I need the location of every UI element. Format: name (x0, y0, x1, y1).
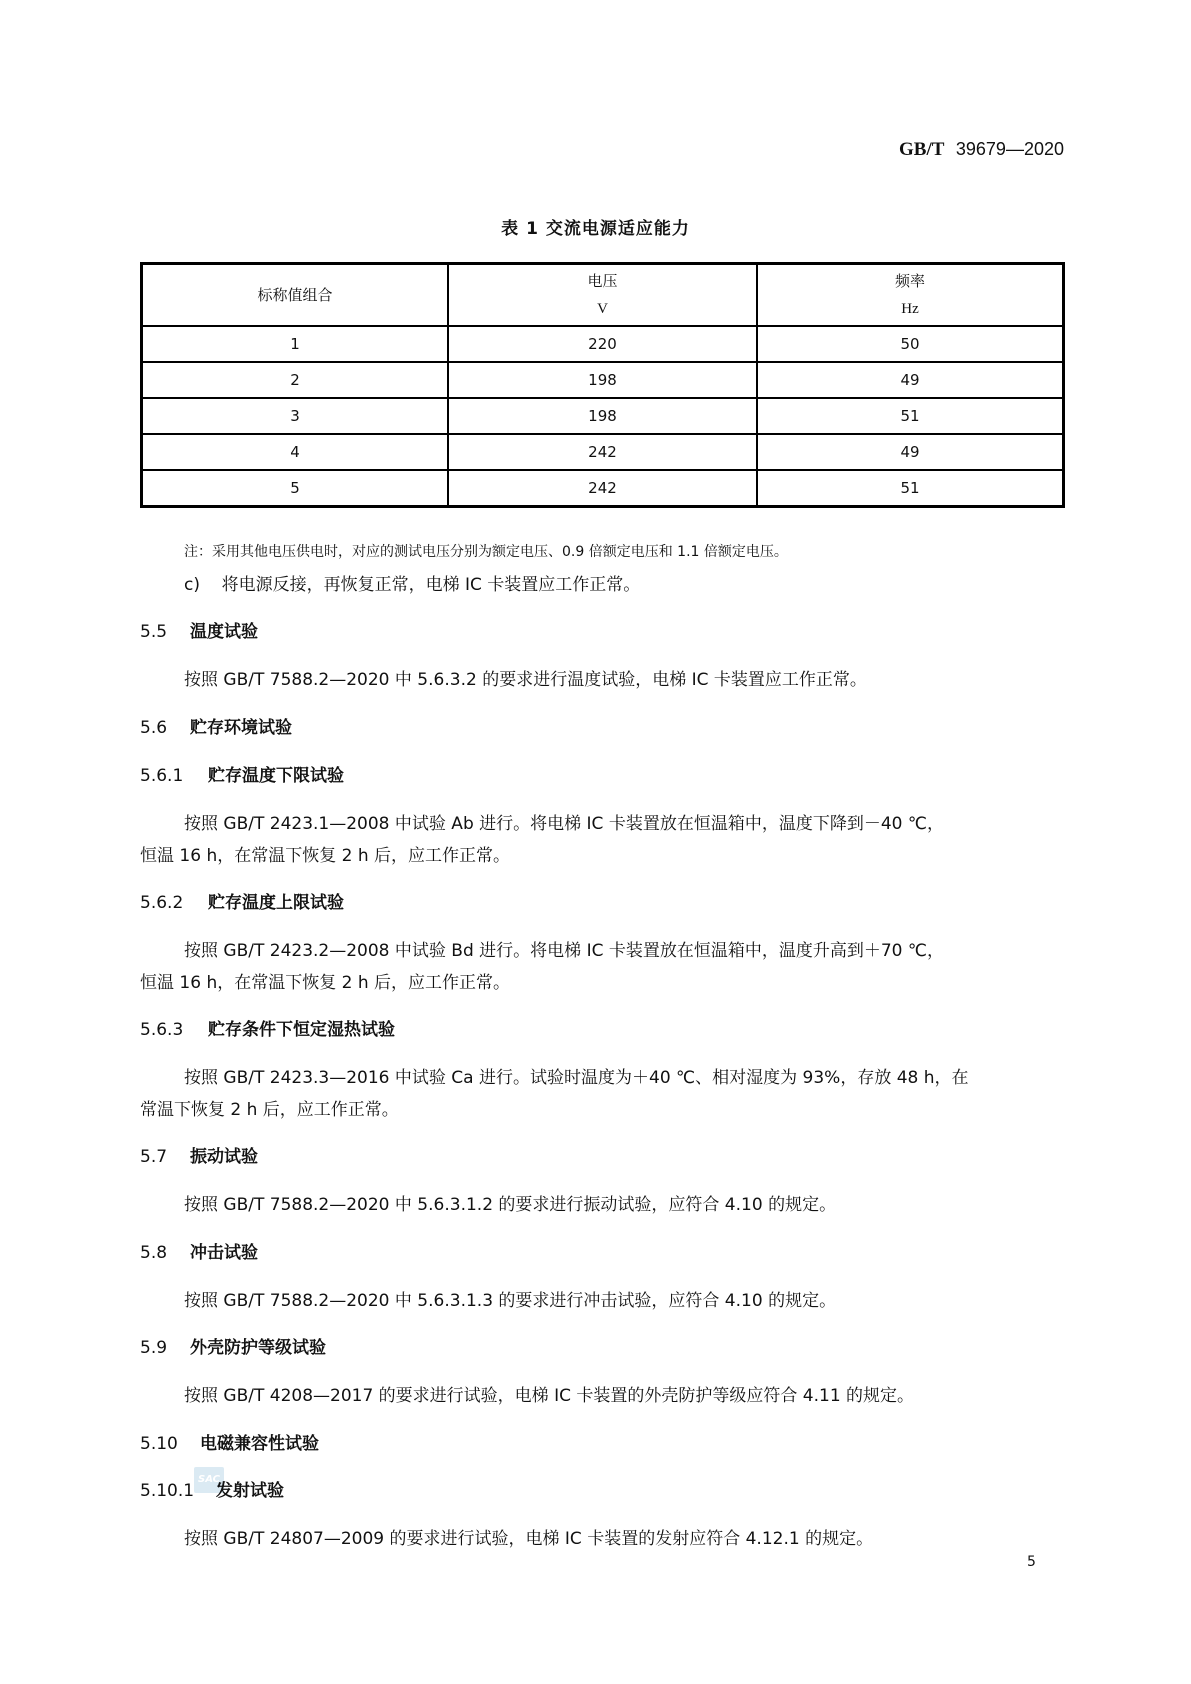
cell-frequency: 51 (757, 470, 1064, 507)
section-body-continued: 常温下恢复 2 h 后，应工作正常。 (140, 1095, 399, 1120)
column-header-frequency: 频率Hz (757, 264, 1064, 327)
section-heading-5-6-3: 5.6.3贮存条件下恒定湿热试验 (140, 1015, 395, 1040)
cell-combination: 3 (142, 398, 449, 434)
cell-voltage: 242 (448, 434, 757, 470)
section-body: 按照 GB/T 2423.1—2008 中试验 Ab 进行。将电梯 IC 卡装置… (184, 809, 944, 834)
list-marker: c) (184, 575, 200, 595)
section-heading-5-7: 5.7振动试验 (140, 1142, 258, 1167)
section-body: 按照 GB/T 4208—2017 的要求进行试验，电梯 IC 卡装置的外壳防护… (184, 1381, 914, 1406)
section-heading-5-6: 5.6贮存环境试验 (140, 713, 292, 738)
cell-combination: 5 (142, 470, 449, 507)
section-heading-5-6-2: 5.6.2贮存温度上限试验 (140, 888, 344, 913)
cell-voltage: 220 (448, 326, 757, 362)
standard-prefix: GB/T (899, 139, 944, 160)
section-body: 按照 GB/T 7588.2—2020 中 5.6.3.1.3 的要求进行冲击试… (184, 1286, 836, 1311)
cell-frequency: 50 (757, 326, 1064, 362)
table-note: 注：采用其他电压供电时，对应的测试电压分别为额定电压、0.9 倍额定电压和 1.… (184, 541, 788, 561)
cell-voltage: 198 (448, 398, 757, 434)
table-row: 3 198 51 (142, 398, 1064, 434)
section-body-continued: 恒温 16 h，在常温下恢复 2 h 后，应工作正常。 (140, 841, 510, 866)
cell-voltage: 242 (448, 470, 757, 507)
cell-frequency: 51 (757, 398, 1064, 434)
column-header-combination: 标称值组合 (142, 264, 449, 327)
section-heading-5-10-1: 5.10.1发射试验 (140, 1476, 284, 1501)
list-item-c: c) 将电源反接，再恢复正常，电梯 IC 卡装置应工作正常。 (184, 570, 640, 595)
section-heading-5-5: 5.5温度试验 (140, 617, 258, 642)
standard-code: GB/T 39679—2020 (0, 139, 1064, 161)
page-number: 5 (1027, 1554, 1036, 1570)
section-body: 按照 GB/T 7588.2—2020 中 5.6.3.2 的要求进行温度试验，… (184, 665, 867, 690)
section-heading-5-9: 5.9外壳防护等级试验 (140, 1333, 326, 1358)
table-caption: 表 1 交流电源适应能力 (0, 214, 1191, 239)
section-heading-5-6-1: 5.6.1贮存温度下限试验 (140, 761, 344, 786)
frequency-unit: Hz (901, 301, 919, 317)
table-header-row: 标称值组合 电压V 频率Hz (142, 264, 1064, 327)
table-row: 2 198 49 (142, 362, 1064, 398)
cell-combination: 1 (142, 326, 449, 362)
cell-frequency: 49 (757, 434, 1064, 470)
column-header-voltage: 电压V (448, 264, 757, 327)
cell-voltage: 198 (448, 362, 757, 398)
section-body: 按照 GB/T 2423.2—2008 中试验 Bd 进行。将电梯 IC 卡装置… (184, 936, 944, 961)
voltage-unit: V (597, 301, 608, 317)
table-row: 1 220 50 (142, 326, 1064, 362)
standard-number: 39679—2020 (956, 139, 1064, 159)
section-body: 按照 GB/T 2423.3—2016 中试验 Ca 进行。试验时温度为＋40 … (184, 1063, 969, 1088)
table-row: 4 242 49 (142, 434, 1064, 470)
section-body: 按照 GB/T 24807—2009 的要求进行试验，电梯 IC 卡装置的发射应… (184, 1524, 873, 1549)
cell-combination: 2 (142, 362, 449, 398)
section-body-continued: 恒温 16 h，在常温下恢复 2 h 后，应工作正常。 (140, 968, 510, 993)
cell-combination: 4 (142, 434, 449, 470)
power-adaptability-table: 标称值组合 电压V 频率Hz 1 220 50 2 198 49 3 198 5… (140, 262, 1065, 508)
table-row: 5 242 51 (142, 470, 1064, 507)
section-heading-5-8: 5.8冲击试验 (140, 1238, 258, 1263)
section-heading-5-10: 5.10电磁兼容性试验 (140, 1429, 319, 1454)
section-body: 按照 GB/T 7588.2—2020 中 5.6.3.1.2 的要求进行振动试… (184, 1190, 836, 1215)
list-item-text: 将电源反接，再恢复正常，电梯 IC 卡装置应工作正常。 (222, 575, 641, 595)
cell-frequency: 49 (757, 362, 1064, 398)
